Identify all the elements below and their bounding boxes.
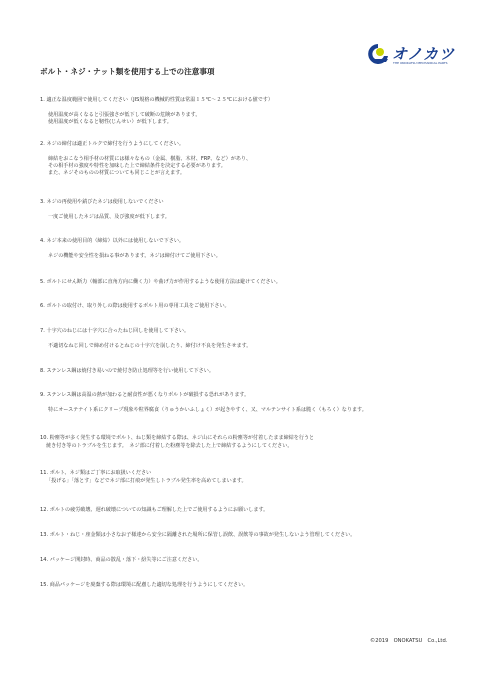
list-item-detail: 不適切なねじ回しで締め付けるとねじの十字穴を崩したり、締付け不良を発生させます。 xyxy=(48,342,251,350)
list-item-heading: 13. ボルト・ねじ・座金類は小さなお子様達から安全に隔離された場所に保管し誤飲… xyxy=(40,531,355,539)
company-logo: オノカツ THE ONOKATSU MECHANICAL PARTS xyxy=(366,40,456,70)
list-item-heading: 10. 粉塵等が多く発生する環境でボルト、ねじ類を締結する際は、ネジ山にそれらの… xyxy=(40,434,314,442)
logo-subtitle: THE ONOKATSU MECHANICAL PARTS xyxy=(393,61,448,65)
list-item-heading: 9. ステンレス鋼は高温の熱が加わると耐食性が悪くなりボルトが破損する恐れがあり… xyxy=(40,391,249,399)
list-item-detail: 特にオーステナイト系にクリープ現象や粒界腐食（りゅうかいふしょく）が起きやすく、… xyxy=(48,406,367,414)
list-item-heading: 2. ネジの締付は適正トルクで締付を行うようにしてください。 xyxy=(40,140,184,148)
page-title: ボルト・ネジ・ナット類を使用する上での注意事項 xyxy=(40,66,215,77)
list-item-heading: 6. ボルトの取付け、取り外しの際は使用するボルト用の専用工具をご使用下さい。 xyxy=(40,302,230,310)
list-item-detail: 一度ご使用したネジは品質、及び強度が低下します。 xyxy=(48,213,170,221)
list-item-detail: ネジの機能や安全性を損ねる事があります。ネジは締付けてご使用下さい。 xyxy=(48,252,221,260)
list-item-detail: 焼き付き等のトラブルを生じます。 ネジ部に付着した粉塵等を除去した上で締結するよ… xyxy=(46,442,292,450)
list-item-heading: 15. 商品パッケージを廃棄する際は環境に配慮した適切な処理を行うようにしてくだ… xyxy=(40,581,248,589)
list-item-detail: 「投げる」「落とす」などでネジ部に打痕が発生しトラブル発生率を高めてしまいます。 xyxy=(46,477,247,485)
list-item-heading: 8. ステンレス鋼は焼付き易いので焼付き防止処理等を行い使用して下さい。 xyxy=(40,367,214,375)
list-item-detail: また、ネジそのものの材質についても同じことが言えます。 xyxy=(48,169,185,177)
list-item-heading: 5. ボルトにせん断力（軸部に直角方向に働く力）や曲げ力が作用するような使用方法… xyxy=(40,278,281,286)
list-item-heading: 1. 適正な温度範囲で使用してください（JIS規格の機械的性質は常温１５℃～２５… xyxy=(40,96,273,104)
list-item-heading: 14. パッケージ開封時、商品の散乱・落下・紛失等にご注意ください。 xyxy=(40,556,202,564)
list-item-heading: 12. ボルトの疲労破壊、遅れ破壊についての知識もご理解した上でご使用するように… xyxy=(40,506,268,514)
copyright-footer: ©2019 ONOKATSU Co.,Ltd. xyxy=(370,637,447,644)
list-item-heading: 11. ボルト、ネジ類はご丁寧にお取扱いください xyxy=(40,469,151,477)
list-item-heading: 3. ネジの再使用や錆びたネジは使用しないでください xyxy=(40,198,164,206)
list-item-heading: 7. 十字穴のねじには十字穴に合ったねじ回しを使用して下さい。 xyxy=(40,327,189,335)
list-item-heading: 4. ネジ本来の使用目的（締結）以外には使用しないで下さい。 xyxy=(40,237,184,245)
list-item-detail: 使用温度が低くなると靭性(じんせい）が低下します。 xyxy=(48,118,172,126)
logo-mark-icon xyxy=(366,42,390,66)
